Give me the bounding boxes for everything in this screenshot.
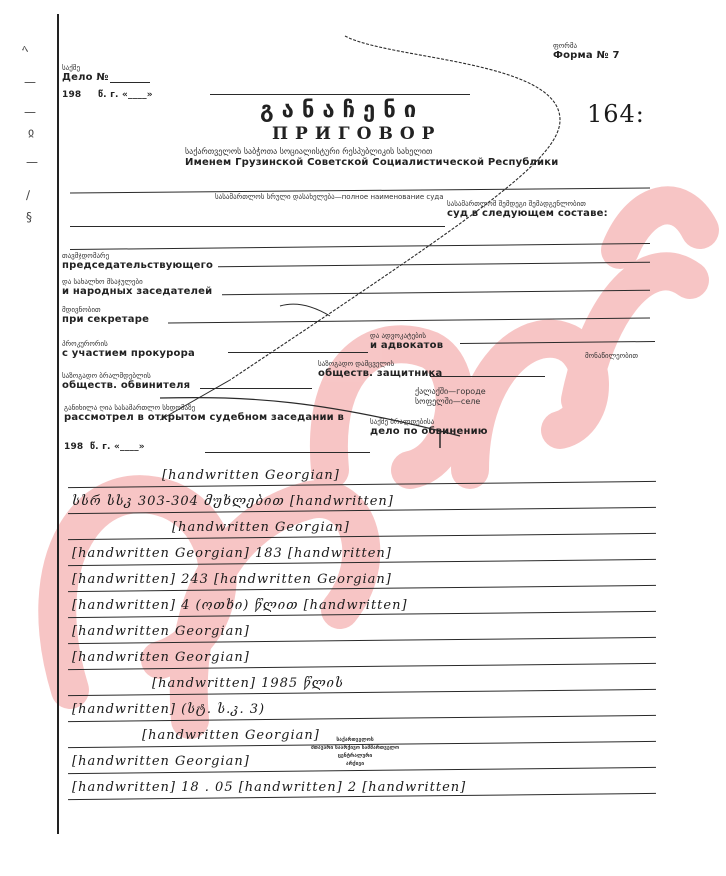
handwritten-line: [handwritten] (სტ. ს.კ. 3) bbox=[72, 702, 265, 717]
handwritten-line: [handwritten] 18 . 05 [handwritten] 2 [h… bbox=[72, 780, 466, 795]
handwritten-line: სსრ სსკ 303-304 მუხლებით [handwritten] bbox=[72, 494, 394, 509]
handwritten-line: [handwritten Georgian] bbox=[162, 468, 340, 483]
handwritten-line: [handwritten] 243 [handwritten Georgian] bbox=[72, 572, 392, 587]
archive-stamp: საქართველოს მთავარი საარქივო სამმართველო… bbox=[300, 736, 410, 768]
handwritten-line: [handwritten Georgian] bbox=[72, 754, 250, 769]
handwritten-line: [handwritten Georgian] bbox=[172, 520, 350, 535]
handwritten-line: [handwritten Georgian] bbox=[142, 728, 320, 743]
handwritten-line: [handwritten Georgian] bbox=[72, 624, 250, 639]
handwritten-line: [handwritten] 1985 წლის bbox=[152, 676, 344, 691]
handwritten-line: [handwritten] 4 (ოთხი) წლით [handwritten… bbox=[72, 598, 408, 613]
handwritten-line: [handwritten Georgian] 183 [handwritten] bbox=[72, 546, 392, 561]
handwritten-line: [handwritten Georgian] bbox=[72, 650, 250, 665]
